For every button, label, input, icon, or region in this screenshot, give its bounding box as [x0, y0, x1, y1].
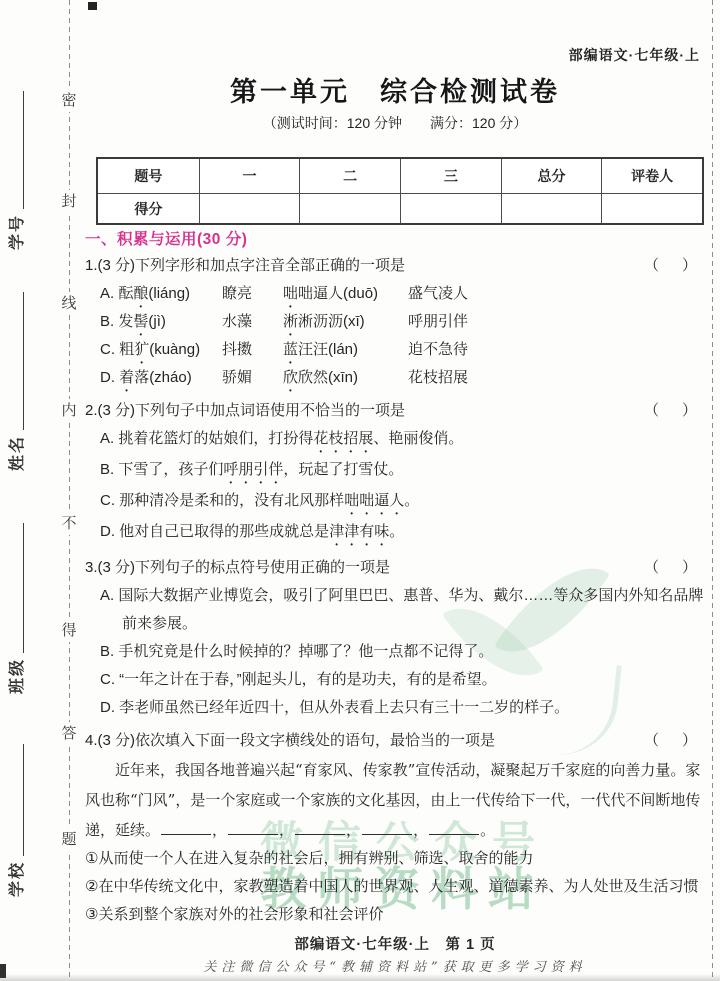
- info-label-4: 学校: [5, 744, 27, 897]
- fill-in-blank: [429, 819, 479, 835]
- option-text: 呼朋引伴: [408, 313, 468, 330]
- option-row-A: A. 挑着花篮灯的姑娘们，打扮得花枝招展、艳丽俊俏。: [100, 425, 705, 456]
- question-stem: 3.(3 分)下列句子的标点符号使用正确的一项是（ ）: [85, 554, 705, 582]
- option-text: 挑着花篮灯的姑娘们，打扮得: [118, 430, 313, 447]
- score-table-header: 评卷人: [601, 159, 702, 193]
- option-word-2: 水藻: [222, 308, 283, 336]
- option-text: 。: [389, 523, 404, 540]
- scan-mark-top: [88, 2, 97, 10]
- option-text: 他对自己已取得的那些成就总是: [119, 523, 329, 540]
- seal-char-2: 封: [60, 190, 77, 213]
- option-text: 落(zháo): [134, 369, 192, 386]
- option-letter: C.: [100, 671, 119, 688]
- option-word-4: 迫不急待: [408, 336, 705, 364]
- page-edge-dashed-line: [712, 0, 713, 981]
- page-footer: 部编语文·七年级·上 第 1 页: [85, 933, 705, 954]
- ordered-sentence-2: ②在中华传统文化中，家教塑造着中国人的世界观、人生观、道德素养、为人处世及生活习…: [85, 873, 705, 901]
- question-4: 4.(3 分)依次填入下面一段文字横线处的语句，最恰当的一项是（ ）近年来，我国…: [85, 727, 705, 929]
- emphasis-dotted-text: 酿: [133, 285, 148, 302]
- answer-bracket: （ ）: [644, 252, 701, 280]
- option-word-3: 蓝汪汪(lán): [283, 336, 408, 364]
- option-word-3: 淅淅沥沥(xī): [283, 308, 408, 336]
- question-stem: 4.(3 分)依次填入下面一段文字横线处的语句，最恰当的一项是（ ）: [85, 727, 705, 755]
- question-stem-text: 3.(3 分)下列句子的标点符号使用正确的一项是: [85, 559, 390, 576]
- paper-subtitle: （测试时间：120 分钟 满分：120 分）: [85, 113, 705, 133]
- info-label-text: 学校: [8, 861, 27, 897]
- score-empty-cell: [601, 193, 702, 223]
- option-text: (liáng): [148, 285, 190, 302]
- option-text: 手机究竟是什么时候掉的？掉哪了？他一点都不记得了。: [118, 643, 493, 660]
- option-text: (jì): [148, 313, 166, 330]
- question-2: 2.(3 分)下列句子中加点词语使用不恰当的一项是（ ）A. 挑着花篮灯的姑娘们…: [85, 397, 705, 549]
- emphasis-dotted-text: 欣: [283, 369, 298, 386]
- ordered-sentence-1: ①从而使一个人在进入复杂的社会后，拥有辨别、筛选、取舍的能力: [85, 845, 705, 873]
- score-empty-cell: [501, 193, 602, 223]
- option-text: 发: [118, 313, 133, 330]
- option-text: 汪汪(lán): [298, 341, 358, 358]
- option-word-2: 骄媚: [222, 364, 283, 392]
- emphasis-dotted-text: 咄咄逼人: [344, 492, 404, 509]
- option-letter: D.: [100, 523, 119, 540]
- question-list: 1.(3 分)下列字形和加点字注音全部正确的一项是（ ）A. 酝酿(liáng)…: [85, 252, 705, 929]
- option-letter: A.: [100, 587, 118, 604]
- paper-title: 第一单元 综合检测试卷: [85, 70, 705, 109]
- option-letter: A.: [100, 285, 118, 302]
- option-word-1: A. 酝酿(liáng): [100, 280, 222, 308]
- option-letter: B.: [100, 461, 118, 478]
- option-word-2: 抖擞: [222, 336, 283, 364]
- option-word-2: 瞭亮: [222, 280, 283, 308]
- option-letter: B.: [100, 643, 118, 660]
- option-letter: B.: [100, 313, 118, 330]
- info-label-text: 学号: [8, 214, 27, 250]
- info-label-2: 姓名: [5, 292, 27, 471]
- option-row-C: C. 粗犷(kuàng)抖擞蓝汪汪(lán)迫不急待: [85, 336, 705, 364]
- fill-in-blank: [295, 819, 345, 835]
- ordered-sentence-3: ③关系到整个家族对外的社会形象和社会评价: [85, 901, 705, 929]
- option-text: “一年之计在于春，”刚起头儿，有的是功夫，有的是希望。: [119, 671, 497, 688]
- exam-paper-page: 密封线内不得答题 学号姓名班级学校 微信公众号 教师资料站 部编语文·七年级·上…: [0, 0, 720, 981]
- question-1: 1.(3 分)下列字形和加点字注音全部正确的一项是（ ）A. 酝酿(liáng)…: [85, 252, 705, 392]
- seal-char-4: 内: [60, 399, 77, 422]
- answer-bracket: （ ）: [644, 397, 701, 425]
- fill-in-blank: [228, 819, 278, 835]
- answer-bracket: （ ）: [644, 727, 701, 755]
- footer-note: 关注微信公众号“教辅资料站”获取更多学习资料: [85, 956, 705, 975]
- option-letter: A.: [100, 430, 118, 447]
- fill-in-blank: [362, 819, 412, 835]
- seal-char-6: 得: [60, 619, 77, 642]
- write-line: [21, 91, 24, 209]
- option-word-1: D. 着落(zháo): [100, 364, 222, 392]
- seal-char-5: 不: [60, 512, 77, 535]
- option-word-3: 欣欣然(xīn): [283, 364, 408, 392]
- info-label-3: 班级: [5, 523, 27, 694]
- fill-in-blank: [161, 819, 211, 835]
- question-stem-text: 1.(3 分)下列字形和加点字注音全部正确的一项是: [85, 257, 405, 274]
- option-row-B: B. 发髻(jì)水藻淅淅沥沥(xī)呼朋引伴: [85, 308, 705, 336]
- option-word-4: 花枝招展: [408, 364, 705, 392]
- option-text: 咄逼人(duō): [298, 285, 378, 302]
- score-table-header: 三: [400, 159, 501, 193]
- score-row-label: 得分: [98, 193, 199, 223]
- info-label-text: 班级: [8, 658, 27, 694]
- option-text: 欣然(xīn): [298, 369, 358, 386]
- question-stem: 2.(3 分)下列句子中加点词语使用不恰当的一项是（ ）: [85, 397, 705, 425]
- option-text: 瞭亮: [222, 285, 252, 302]
- blank-separator: ，: [279, 821, 294, 839]
- option-text: 淅沥沥(xī): [298, 313, 365, 330]
- score-empty-cell: [299, 193, 400, 223]
- write-line: [21, 523, 24, 653]
- option-text: 骄媚: [222, 369, 252, 386]
- score-table-header: 题号: [98, 159, 199, 193]
- option-text: 酝: [118, 285, 133, 302]
- option-word-4: 盛气凌人: [408, 280, 705, 308]
- option-letter: D.: [100, 369, 119, 386]
- question-stem: 1.(3 分)下列字形和加点字注音全部正确的一项是（ ）: [85, 252, 705, 280]
- option-row-A: A. 国际大数据产业博览会，吸引了阿里巴巴、惠普、华为、戴尔……等众多国内外知名…: [100, 582, 705, 638]
- section-title: 一、积累与运用: [85, 231, 197, 248]
- option-text: 国际大数据产业博览会，吸引了阿里巴巴、惠普、华为、戴尔……等众多国内外知名品牌前…: [118, 587, 703, 632]
- emphasis-dotted-text: 咄: [283, 285, 298, 302]
- option-letter: C.: [100, 492, 119, 509]
- score-table-header: 一: [199, 159, 300, 193]
- emphasis-dotted-text: 髻: [133, 313, 148, 330]
- option-word-3: 咄咄逼人(duō): [283, 280, 408, 308]
- option-row-D: D. 李老师虽然已经年近四十，但从外表看上去只有三十一二岁的样子。: [100, 694, 705, 722]
- option-text: 粗: [119, 341, 134, 358]
- write-line: [21, 292, 24, 430]
- option-text: 盛气凌人: [408, 285, 468, 302]
- blank-separator: ，: [346, 821, 361, 839]
- write-line: [21, 744, 24, 856]
- score-table: 题号一二三总分评卷人得分: [96, 157, 704, 225]
- option-text: 、艳丽俊俏。: [373, 430, 463, 447]
- blank-separator: 。: [480, 821, 495, 839]
- info-label-1: 学号: [5, 91, 27, 250]
- score-empty-cell: [199, 193, 300, 223]
- paper-body: 一、积累与运用(30 分) 1.(3 分)下列字形和加点字注音全部正确的一项是（…: [85, 226, 705, 929]
- emphasis-dotted-text: 蓝: [283, 341, 298, 358]
- option-text: 水藻: [222, 313, 252, 330]
- score-empty-cell: [400, 193, 501, 223]
- option-text: 下雪了，孩子们: [118, 461, 223, 478]
- edition-header: 部编语文·七年级·上: [569, 45, 700, 65]
- score-table-header: 总分: [501, 159, 602, 193]
- option-letter: C.: [100, 341, 119, 358]
- emphasis-dotted-text: 着: [119, 369, 134, 386]
- emphasis-dotted-text: 淅: [283, 313, 298, 330]
- answer-bracket: （ ）: [644, 554, 701, 582]
- blank-separator: ，: [413, 821, 428, 839]
- option-letter: D.: [100, 699, 119, 716]
- passage-text: 近年来，我国各地普遍兴起“育家风、传家教”宣传活动，凝聚起万千家庭的向善力量。家…: [85, 755, 705, 845]
- seal-char-7: 答: [60, 722, 77, 745]
- question-stem-text: 4.(3 分)依次填入下面一段文字横线处的语句，最恰当的一项是: [85, 732, 495, 749]
- section-points: (30 分): [197, 231, 247, 248]
- section-heading: 一、积累与运用(30 分): [85, 226, 705, 252]
- option-row-D: D. 他对自己已取得的那些成就总是津津有味。: [100, 518, 705, 549]
- info-label-text: 姓名: [8, 435, 27, 471]
- seal-char-8: 题: [60, 828, 77, 851]
- option-word-4: 呼朋引伴: [408, 308, 705, 336]
- scan-mark-bottom: [0, 964, 6, 978]
- option-row-A: A. 酝酿(liáng)瞭亮咄咄逼人(duō)盛气凌人: [85, 280, 705, 308]
- score-table-header: 二: [299, 159, 400, 193]
- emphasis-dotted-text: 犷: [134, 341, 149, 358]
- option-text: (kuàng): [149, 341, 200, 358]
- option-text: 李老师虽然已经年近四十，但从外表看上去只有三十一二岁的样子。: [119, 699, 569, 716]
- option-word-1: C. 粗犷(kuàng): [100, 336, 222, 364]
- emphasis-dotted-text: 花枝招展: [313, 430, 373, 447]
- emphasis-dotted-text: 呼朋引伴: [223, 461, 283, 478]
- option-row-B: B. 下雪了，孩子们呼朋引伴，玩起了打雪仗。: [100, 456, 705, 487]
- seal-char-1: 密: [60, 89, 77, 112]
- question-3: 3.(3 分)下列句子的标点符号使用正确的一项是（ ）A. 国际大数据产业博览会…: [85, 554, 705, 722]
- option-text: 抖擞: [222, 341, 252, 358]
- option-row-D: D. 着落(zháo)骄媚欣欣然(xīn)花枝招展: [85, 364, 705, 392]
- seal-char-3: 线: [60, 292, 77, 315]
- option-text: 。: [404, 492, 419, 509]
- option-row-C: C. “一年之计在于春，”刚起头儿，有的是功夫，有的是希望。: [100, 666, 705, 694]
- option-text: 花枝招展: [408, 369, 468, 386]
- emphasis-dotted-text: 津津有味: [329, 523, 389, 540]
- option-text: ，玩起了打雪仗。: [283, 461, 403, 478]
- blank-separator: ，: [212, 821, 227, 839]
- question-stem-text: 2.(3 分)下列句子中加点词语使用不恰当的一项是: [85, 402, 405, 419]
- option-row-B: B. 手机究竟是什么时候掉的？掉哪了？他一点都不记得了。: [100, 638, 705, 666]
- option-text: 迫不急待: [408, 341, 468, 358]
- option-text: 那种清冷是柔和的，没有北风那样: [119, 492, 344, 509]
- option-row-C: C. 那种清冷是柔和的，没有北风那样咄咄逼人。: [100, 487, 705, 518]
- option-word-1: B. 发髻(jì): [100, 308, 222, 336]
